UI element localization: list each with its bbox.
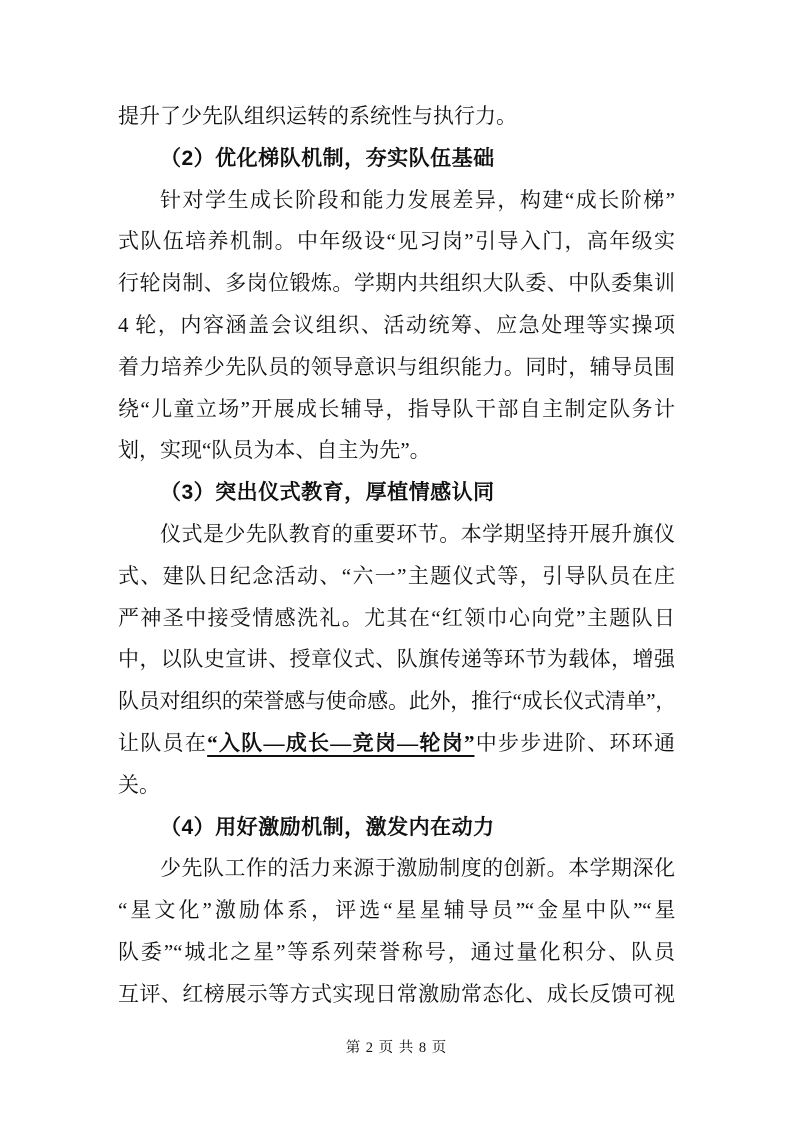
body-line: 针对学生成长阶段和能力发展差异，构建“成长阶梯” — [118, 180, 675, 222]
body-line: 队员对组织的荣誉感与使命感。此外，推行“成长仪式清单”， — [118, 681, 675, 723]
page-number: 第 2 页 共 8 页 — [346, 1040, 448, 1056]
document-body: 提升了少先队组织运转的系统性与执行力。 （2）优化梯队机制，夯实队伍基础 针对学… — [118, 96, 675, 1016]
underlined-phrase: “入队—成长—竞岗—轮岗” — [207, 731, 474, 755]
body-line: 少先队工作的活力来源于激励制度的创新。本学期深化 — [118, 848, 675, 890]
body-text-segment: 让队员在 — [118, 731, 207, 755]
body-line: 关。 — [118, 765, 675, 807]
body-line: 行轮岗制、多岗位锻炼。学期内共组织大队委、中队委集训 — [118, 263, 675, 305]
body-line-with-underline: 让队员在“入队—成长—竞岗—轮岗”中步步进阶、环环通 — [118, 723, 675, 765]
body-line: 划，实现“队员为本、自主为先”。 — [118, 430, 675, 472]
document-page: 提升了少先队组织运转的系统性与执行力。 （2）优化梯队机制，夯实队伍基础 针对学… — [0, 0, 793, 1122]
section-heading-4: （4）用好激励机制，激发内在动力 — [118, 807, 675, 849]
body-line: 仪式是少先队教育的重要环节。本学期坚持开展升旗仪 — [118, 514, 675, 556]
section-heading-3: （3）突出仪式教育，厚植情感认同 — [118, 472, 675, 514]
body-line: 严神圣中接受情感洗礼。尤其在“红领巾心向党”主题队日 — [118, 598, 675, 640]
body-line: 4 轮，内容涵盖会议组织、活动统筹、应急处理等实操项目， — [118, 305, 675, 347]
body-line: “星文化”激励体系，评选“星星辅导员”“金星中队”“星 — [118, 890, 675, 932]
body-line: 中，以队史宣讲、授章仪式、队旗传递等环节为载体，增强 — [118, 639, 675, 681]
body-line: 互评、红榜展示等方式实现日常激励常态化、成长反馈可视 — [118, 974, 675, 1016]
page-footer: 第 2 页 共 8 页 — [0, 1038, 793, 1058]
section-heading-2: （2）优化梯队机制，夯实队伍基础 — [118, 138, 675, 180]
body-line: 式、建队日纪念活动、“六一”主题仪式等，引导队员在庄 — [118, 556, 675, 598]
body-line: 着力培养少先队员的领导意识与组织能力。同时，辅导员围 — [118, 347, 675, 389]
body-line: 提升了少先队组织运转的系统性与执行力。 — [118, 96, 675, 138]
body-line: 式队伍培养机制。中年级设“见习岗”引导入门，高年级实 — [118, 221, 675, 263]
body-line: 绕“儿童立场”开展成长辅导，指导队干部自主制定队务计 — [118, 389, 675, 431]
body-line: 队委”“城北之星”等系列荣誉称号，通过量化积分、队员 — [118, 932, 675, 974]
body-text-segment: 中步步进阶、环环通 — [474, 731, 675, 755]
